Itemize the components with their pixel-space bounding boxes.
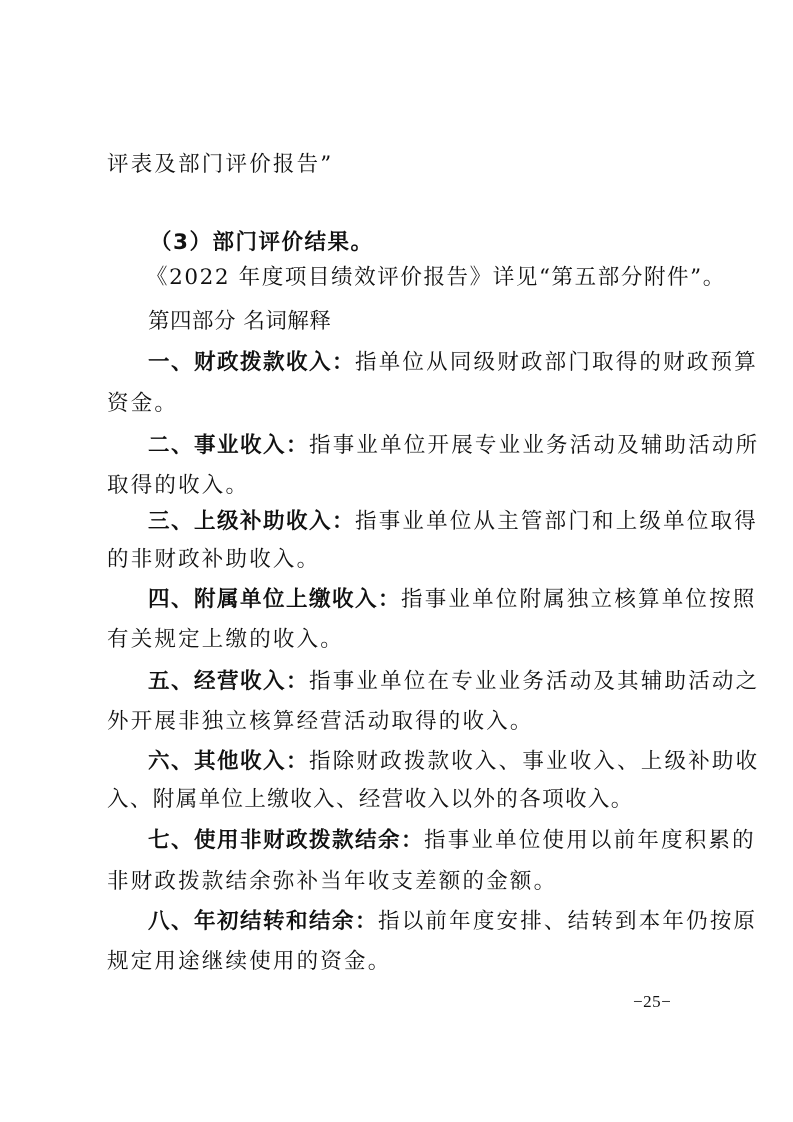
definition-continuation: 规定用途继续使用的资金。 bbox=[107, 948, 697, 976]
definition-continuation: 取得的收入。 bbox=[107, 472, 697, 500]
definition-term: 六、其他收入： bbox=[148, 749, 309, 774]
definition-text: 指事业单位附属独立核算单位按照 bbox=[401, 587, 757, 612]
definition-text: 指以前年度安排、结转到本年仍按原 bbox=[378, 909, 757, 934]
definition-term: 二、事业收入： bbox=[148, 433, 309, 458]
definition-term: 五、经营收入： bbox=[148, 669, 309, 694]
definition-term: 八、年初结转和结余： bbox=[148, 909, 378, 934]
definition-continuation: 的非财政补助收入。 bbox=[107, 546, 697, 574]
definition-item: 三、上级补助收入：指事业单位从主管部门和上级单位取得 bbox=[148, 508, 738, 536]
definition-text: 指事业单位开展专业业务活动及辅助活动所 bbox=[309, 433, 759, 458]
definition-item: 二、事业收入：指事业单位开展专业业务活动及辅助活动所 bbox=[148, 432, 738, 460]
definition-term: 四、附属单位上缴收入： bbox=[148, 587, 401, 612]
subsection-body: 《2022 年度项目绩效评价报告》详见“第五部分附件”。 bbox=[146, 264, 736, 292]
definition-item: 五、经营收入：指事业单位在专业业务活动及其辅助活动之 bbox=[148, 668, 738, 696]
definition-term: 七、使用非财政拨款结余： bbox=[148, 828, 424, 853]
definition-continuation: 资金。 bbox=[107, 390, 697, 418]
subsection-title: （3）部门评价结果。 bbox=[150, 229, 740, 257]
definition-item: 一、财政拨款收入：指单位从同级财政部门取得的财政预算 bbox=[148, 349, 738, 377]
definition-text: 指事业单位使用以前年度积累的 bbox=[424, 828, 756, 853]
definition-item: 四、附属单位上缴收入：指事业单位附属独立核算单位按照 bbox=[148, 586, 738, 614]
definition-continuation: 有关规定上缴的收入。 bbox=[107, 626, 697, 654]
definition-text: 指事业单位从主管部门和上级单位取得 bbox=[355, 509, 758, 534]
definition-text: 指单位从同级财政部门取得的财政预算 bbox=[355, 350, 758, 375]
page-number: −25− bbox=[633, 992, 671, 1012]
definition-item: 八、年初结转和结余：指以前年度安排、结转到本年仍按原 bbox=[148, 908, 738, 936]
definition-continuation: 非财政拨款结余弥补当年收支差额的金额。 bbox=[107, 868, 697, 896]
definition-text: 指事业单位在专业业务活动及其辅助活动之 bbox=[309, 669, 759, 694]
definition-term: 三、上级补助收入： bbox=[148, 509, 355, 534]
definition-term: 一、财政拨款收入： bbox=[148, 350, 355, 375]
definition-text: 指除财政拨款收入、事业收入、上级补助收 bbox=[309, 749, 759, 774]
definition-continuation: 入、附属单位上缴收入、经营收入以外的各项收入。 bbox=[107, 786, 697, 814]
section-heading: 第四部分 名词解释 bbox=[148, 308, 738, 336]
continuation-line: 评表及部门评价报告” bbox=[107, 151, 697, 179]
definition-continuation: 外开展非独立核算经营活动取得的收入。 bbox=[107, 708, 697, 736]
definition-item: 六、其他收入：指除财政拨款收入、事业收入、上级补助收 bbox=[148, 748, 738, 776]
definition-item: 七、使用非财政拨款结余：指事业单位使用以前年度积累的 bbox=[148, 827, 738, 855]
